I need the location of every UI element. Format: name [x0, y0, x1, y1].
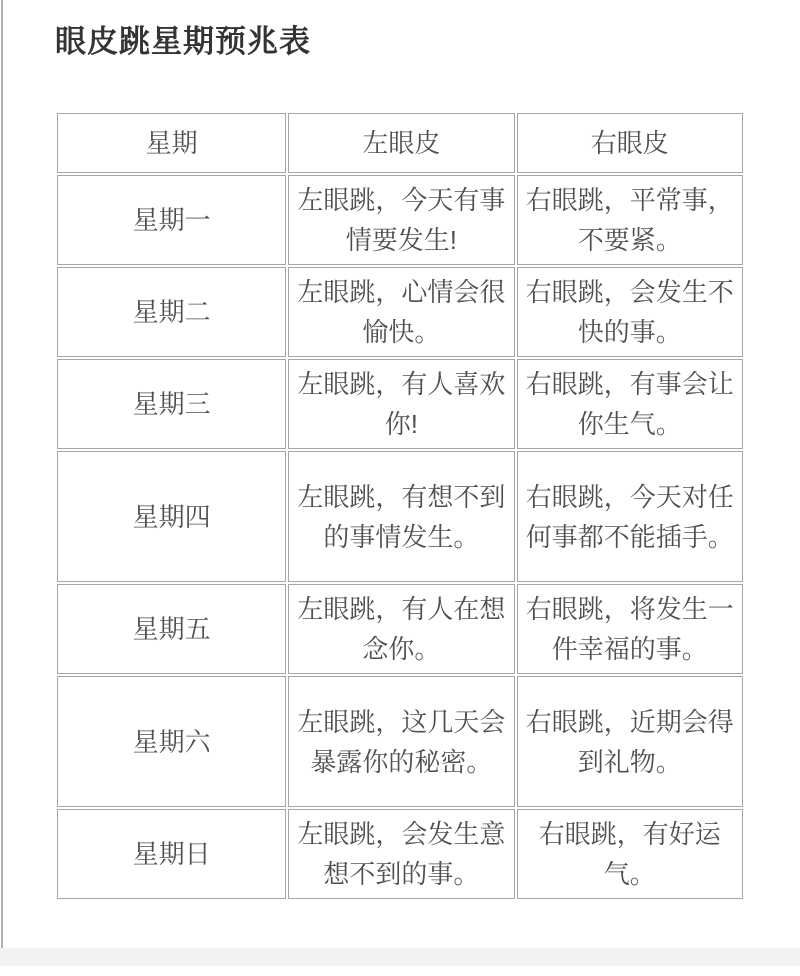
- table-row: 星期五 左眼跳，有人在想念你。 右眼跳，将发生一件幸福的事。: [57, 584, 743, 674]
- cell-right-eyelid: 右眼跳，将发生一件幸福的事。: [517, 584, 743, 674]
- table-row: 星期一 左眼跳，今天有事情要发生! 右眼跳，平常事，不要紧。: [57, 175, 743, 265]
- cell-left-eyelid: 左眼跳，会发生意想不到的事。: [288, 809, 514, 899]
- cell-day: 星期四: [57, 451, 286, 582]
- cell-day: 星期一: [57, 175, 286, 265]
- column-header-left-eyelid: 左眼皮: [288, 113, 514, 173]
- cell-right-eyelid: 右眼跳，近期会得到礼物。: [517, 676, 743, 807]
- column-header-right-eyelid: 右眼皮: [517, 113, 743, 173]
- table-row: 星期四 左眼跳，有想不到的事情发生。 右眼跳，今天对任何事都不能插手。: [57, 451, 743, 582]
- cell-day: 星期二: [57, 267, 286, 357]
- cell-left-eyelid: 左眼跳，心情会很愉快。: [288, 267, 514, 357]
- cell-right-eyelid: 右眼跳，有好运气。: [517, 809, 743, 899]
- cell-day: 星期日: [57, 809, 286, 899]
- table-row: 星期三 左眼跳，有人喜欢你! 右眼跳，有事会让你生气。: [57, 359, 743, 449]
- cell-right-eyelid: 右眼跳，会发生不快的事。: [517, 267, 743, 357]
- cell-right-eyelid: 右眼跳，有事会让你生气。: [517, 359, 743, 449]
- table-row: 星期二 左眼跳，心情会很愉快。 右眼跳，会发生不快的事。: [57, 267, 743, 357]
- cell-day: 星期五: [57, 584, 286, 674]
- cell-left-eyelid: 左眼跳，有人喜欢你!: [288, 359, 514, 449]
- cell-left-eyelid: 左眼跳，有想不到的事情发生。: [288, 451, 514, 582]
- cell-day: 星期六: [57, 676, 286, 807]
- table-row: 星期日 左眼跳，会发生意想不到的事。 右眼跳，有好运气。: [57, 809, 743, 899]
- cell-right-eyelid: 右眼跳，平常事，不要紧。: [517, 175, 743, 265]
- eyelid-omen-table: 星期 左眼皮 右眼皮 星期一 左眼跳，今天有事情要发生! 右眼跳，平常事，不要紧…: [55, 111, 745, 901]
- cell-left-eyelid: 左眼跳，今天有事情要发生!: [288, 175, 514, 265]
- cell-right-eyelid: 右眼跳，今天对任何事都不能插手。: [517, 451, 743, 582]
- page-edge-line: [1, 0, 3, 966]
- bottom-bar: [0, 948, 800, 966]
- cell-left-eyelid: 左眼跳，有人在想念你。: [288, 584, 514, 674]
- table-header-row: 星期 左眼皮 右眼皮: [57, 113, 743, 173]
- cell-left-eyelid: 左眼跳，这几天会暴露你的秘密。: [288, 676, 514, 807]
- cell-day: 星期三: [57, 359, 286, 449]
- table-row: 星期六 左眼跳，这几天会暴露你的秘密。 右眼跳，近期会得到礼物。: [57, 676, 743, 807]
- page-title: 眼皮跳星期预兆表: [55, 16, 311, 61]
- column-header-weekday: 星期: [57, 113, 286, 173]
